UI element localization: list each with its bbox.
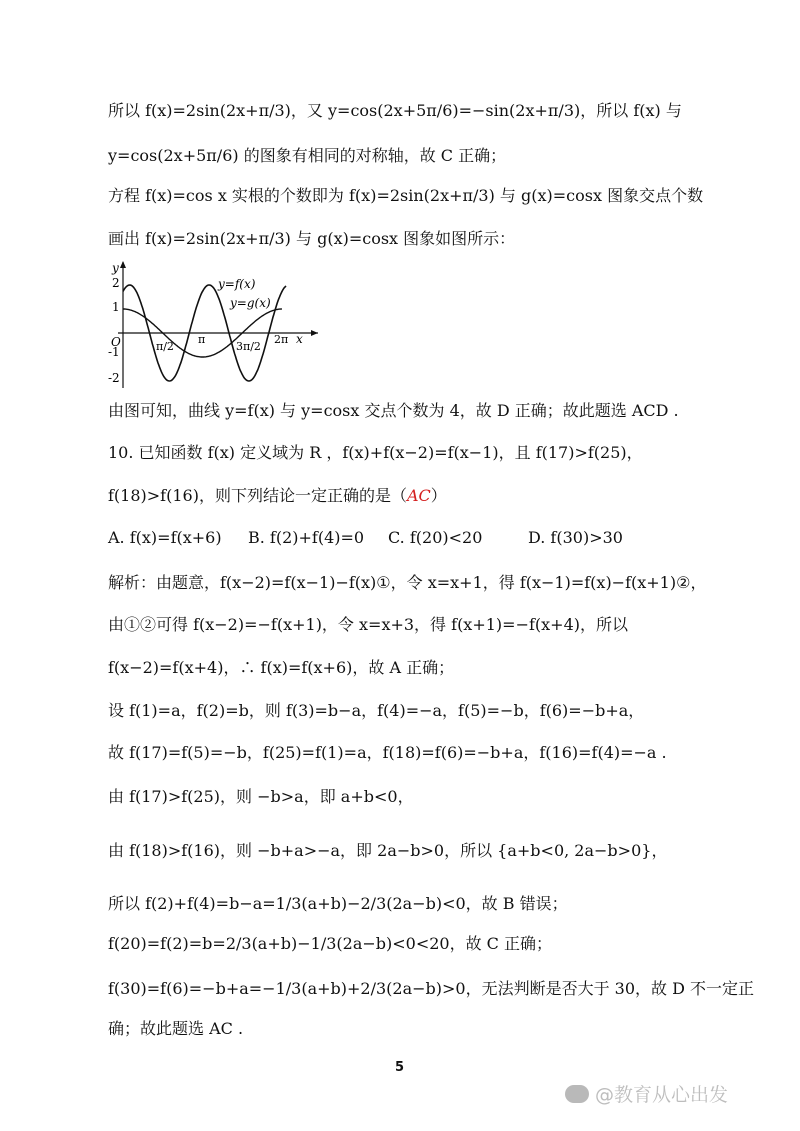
option-a: A. f(x)=f(x+6) [108,528,248,547]
x-tick: π/2 [156,340,174,353]
y-tick: -1 [108,345,120,359]
text-line: 由 f(18)>f(16)，则 −b+a>−a，即 2a−b>0，所以 {a+b… [108,840,667,862]
text-line: 故 f(17)=f(5)=−b，f(25)=f(1)=a，f(18)=f(6)=… [108,742,667,764]
text-line: f(x−2)=f(x+4)，∴ f(x)=f(x+6)，故 A 正确； [108,657,454,679]
curve-g-label: y=g(x) [229,296,271,310]
answer-mark: AC [407,486,431,505]
x-tick: 2π [274,333,288,346]
text-line: 由 f(17)>f(25)，则 −b>a，即 a+b<0， [108,786,414,808]
watermark-text: @教育从心出发 [595,1080,728,1107]
text-line: 设 f(1)=a，f(2)=b，则 f(3)=b−a，f(4)=−a，f(5)=… [108,700,644,722]
page-number: 5 [395,1060,404,1075]
text-line: 由图可知，曲线 y=f(x) 与 y=cosx 交点个数为 4，故 D 正确；故… [108,400,679,422]
question-stem: 10. 已知函数 f(x) 定义域为 R ，f(x)+f(x−2)=f(x−1)… [108,442,643,464]
text-line: f(30)=f(6)=−b+a=−1/3(a+b)+2/3(2a−b)>0，无法… [108,978,754,1000]
option-b: B. f(2)+f(4)=0 [248,528,388,547]
wechat-icon [565,1085,589,1103]
text-line: 由①②可得 f(x−2)=−f(x+1)，令 x=x+3，得 f(x+1)=−f… [108,614,628,636]
y-tick: -2 [108,371,120,385]
x-tick: π [198,333,205,346]
text-line: y=cos(2x+5π/6) 的图象有相同的对称轴，故 C 正确； [108,145,506,167]
y-tick: 2 [112,276,120,290]
text-line: 确；故此题选 AC . [108,1018,243,1040]
text-line: f(20)=f(2)=b=2/3(a+b)−1/3(2a−b)<0<20，故 C… [108,933,552,955]
x-tick: 3π/2 [236,340,261,353]
text-line: 所以 f(x)=2sin(2x+π/3)，又 y=cos(2x+5π/6)=−s… [108,100,682,122]
text-line: 画出 f(x)=2sin(2x+π/3) 与 g(x)=cosx 图象如图所示： [108,228,515,250]
text-line: 所以 f(2)+f(4)=b−a=1/3(a+b)−2/3(2a−b)<0，故 … [108,893,568,915]
question-stem: f(18)>f(16)，则下列结论一定正确的是（AC） [108,485,447,507]
text-line: 方程 f(x)=cos x 实根的个数即为 f(x)=2sin(2x+π/3) … [108,185,703,207]
options: A. f(x)=f(x+6) B. f(2)+f(4)=0 C. f(20)<2… [108,528,668,547]
curve-f-label: y=f(x) [217,277,256,291]
option-d: D. f(30)>30 [528,528,668,547]
function-graph: y x O 2 1 -1 -2 π/2 π 3π/2 2π y=f(x) y=g… [100,255,330,390]
y-tick: 1 [112,300,120,314]
text-line: 解析：由题意，f(x−2)=f(x−1)−f(x)①，令 x=x+1，得 f(x… [108,572,706,594]
x-axis-label: x [296,332,303,346]
question-text: f(18)>f(16)，则下列结论一定正确的是（ [108,486,407,505]
paren: ） [431,486,447,505]
y-axis-label: y [111,261,119,275]
option-c: C. f(20)<20 [388,528,528,547]
watermark: @教育从心出发 [565,1080,728,1107]
